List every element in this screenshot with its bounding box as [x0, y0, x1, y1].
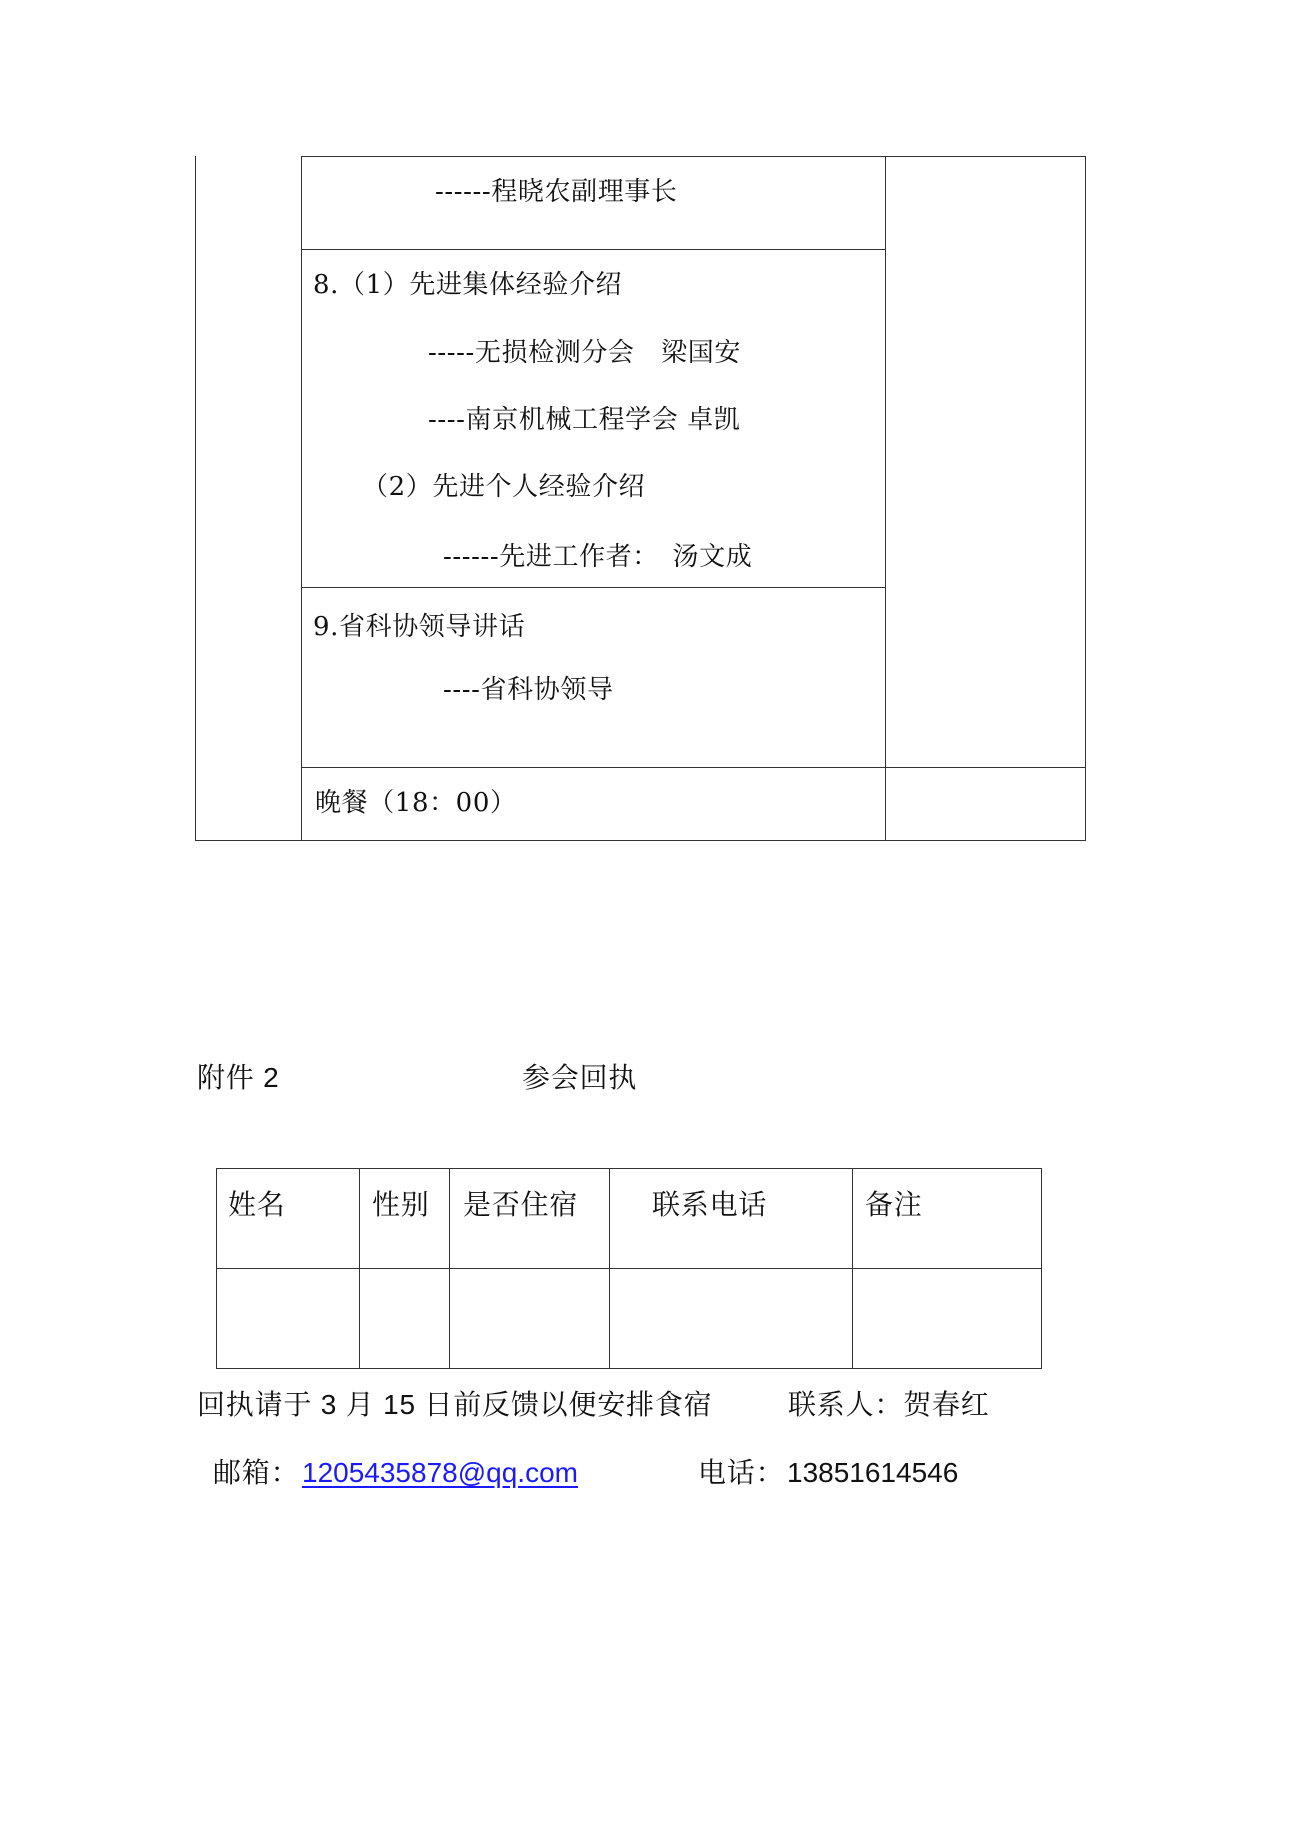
receipt-table-col-border	[449, 1168, 450, 1369]
receipt-header-name: 姓名	[228, 1191, 286, 1219]
receipt-table-right-border	[1041, 1168, 1042, 1369]
email-label: 邮箱：	[213, 1459, 299, 1487]
agenda-item-heading: 8.（1）先进集体经验介绍	[313, 272, 622, 298]
receipt-header-gender: 性别	[372, 1191, 430, 1219]
agenda-table-left-border	[195, 156, 196, 841]
receipt-cell-lodging[interactable]	[451, 1270, 608, 1367]
receipt-header-phone: 联系电话	[652, 1191, 767, 1219]
agenda-table-col3-border	[885, 156, 886, 841]
receipt-table-row-divider	[216, 1268, 1042, 1269]
receipt-cell-phone[interactable]	[611, 1270, 851, 1367]
receipt-cell-name[interactable]	[218, 1270, 358, 1367]
agenda-table-bottom-border	[195, 840, 1086, 841]
agenda-dinner-item: 晚餐（18：00）	[315, 790, 517, 816]
agenda-speaker-line: ------先进工作者： 汤文成	[443, 544, 752, 570]
receipt-cell-gender[interactable]	[361, 1270, 448, 1367]
receipt-table-col-border	[852, 1168, 853, 1369]
agenda-row-divider	[301, 767, 1086, 768]
agenda-speaker-line: ----省科协领导	[443, 677, 614, 703]
phone-number: 13851614546	[787, 1459, 958, 1487]
receipt-header-remarks: 备注	[865, 1191, 923, 1219]
deadline-note: 回执请于 3 月 15 日前反馈以便安排食宿	[197, 1391, 712, 1419]
agenda-row-divider	[301, 587, 885, 588]
attachment-title: 参会回执	[522, 1064, 637, 1092]
receipt-table-col-border	[359, 1168, 360, 1369]
agenda-row-divider	[301, 249, 885, 250]
receipt-cell-remarks[interactable]	[854, 1270, 1040, 1367]
receipt-table-col-border	[609, 1168, 610, 1369]
receipt-table-top-border	[216, 1168, 1042, 1169]
agenda-table-top-border	[301, 156, 1086, 157]
attachment-label: 附件 2	[197, 1064, 280, 1092]
agenda-speaker-line: -----无损检测分会 梁国安	[428, 340, 741, 366]
agenda-speaker-line: ----南京机械工程学会 卓凯	[428, 407, 740, 433]
agenda-table-right-border	[1085, 156, 1086, 841]
phone-label: 电话：	[698, 1459, 784, 1487]
agenda-item-subheading: （2）先进个人经验介绍	[362, 474, 645, 500]
receipt-table-bottom-border	[216, 1368, 1042, 1369]
agenda-table-col2-border	[301, 156, 302, 841]
email-link[interactable]: 1205435878@qq.com	[302, 1459, 578, 1487]
agenda-speaker-line: ------程晓农副理事长	[435, 179, 678, 205]
receipt-header-lodging: 是否住宿	[463, 1191, 578, 1219]
contact-person: 联系人：贺春红	[788, 1391, 990, 1419]
receipt-table-left-border	[216, 1168, 217, 1369]
agenda-item-heading: 9.省科协领导讲话	[313, 614, 525, 640]
